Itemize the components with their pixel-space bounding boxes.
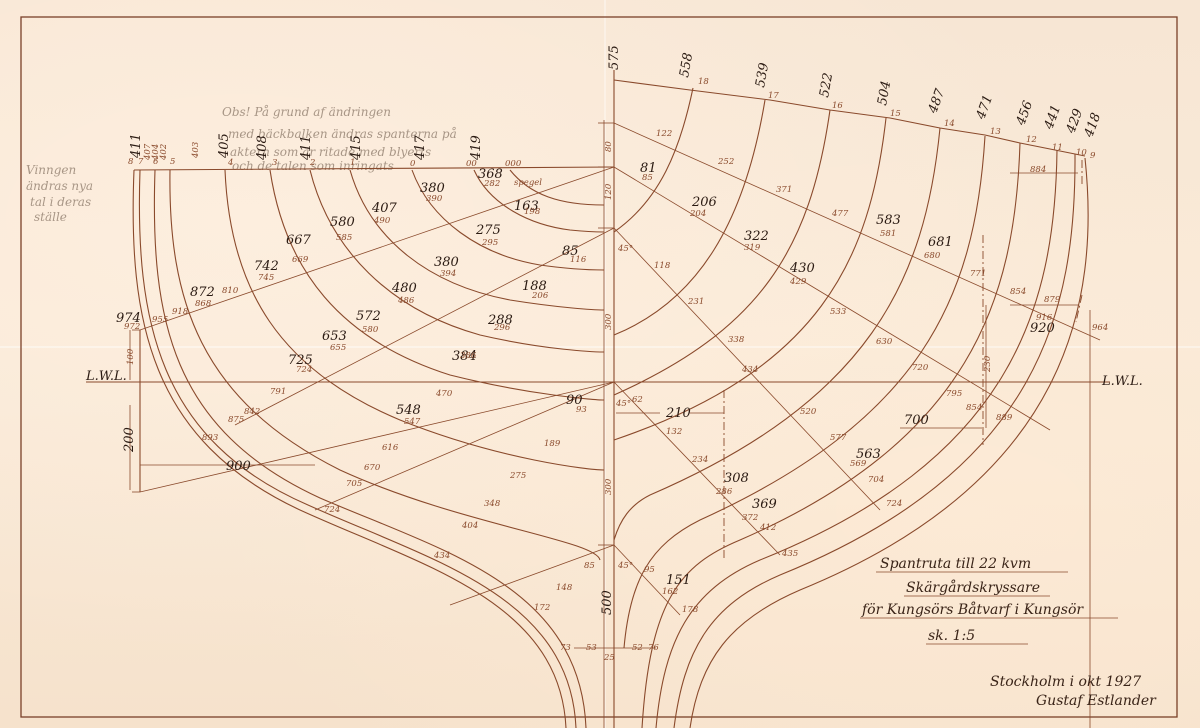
fore-station-labels: 18 17 16 15 14 13 12 11 10 9 558 539 522… xyxy=(677,52,1104,161)
body-plan-drawing: Obs! På grund af ändringen med bäckbalke… xyxy=(0,0,1200,728)
svg-text:791: 791 xyxy=(270,387,286,397)
svg-text:920: 920 xyxy=(1030,321,1055,336)
svg-text:118: 118 xyxy=(654,261,671,271)
svg-text:854: 854 xyxy=(1010,287,1026,297)
svg-text:230: 230 xyxy=(983,355,993,373)
svg-text:435: 435 xyxy=(781,549,798,559)
svg-text:477: 477 xyxy=(831,209,849,219)
svg-text:85: 85 xyxy=(642,173,653,183)
svg-text:742: 742 xyxy=(254,259,279,274)
svg-text:9: 9 xyxy=(1090,151,1096,161)
svg-text:25: 25 xyxy=(603,653,615,663)
svg-text:ändras nya: ändras nya xyxy=(26,179,93,193)
svg-text:132: 132 xyxy=(666,427,682,437)
svg-text:889: 889 xyxy=(996,413,1013,423)
svg-text:80: 80 xyxy=(604,141,614,152)
svg-text:162: 162 xyxy=(662,587,678,597)
svg-text:234: 234 xyxy=(691,455,708,465)
svg-text:419: 419 xyxy=(469,135,484,161)
aft-middle-diagonal-labels: 725 724 653 655 572 580 480 486 380 394 … xyxy=(288,199,541,375)
svg-text:322: 322 xyxy=(744,229,769,244)
svg-text:680: 680 xyxy=(924,251,941,261)
svg-text:52: 52 xyxy=(632,643,643,653)
svg-text:417: 417 xyxy=(413,134,428,161)
svg-text:198: 198 xyxy=(524,207,541,217)
svg-text:45°: 45° xyxy=(615,399,631,409)
svg-text:11: 11 xyxy=(1052,143,1063,153)
svg-text:14: 14 xyxy=(944,119,955,129)
svg-text:486: 486 xyxy=(397,296,415,306)
svg-text:681: 681 xyxy=(928,235,953,250)
svg-text:900: 900 xyxy=(226,459,251,474)
title-line-3-prefix: för Kungsörs Båtvarf i Kungsör xyxy=(861,601,1084,618)
svg-text:372: 372 xyxy=(742,513,758,523)
svg-text:669: 669 xyxy=(292,255,309,265)
svg-text:653: 653 xyxy=(322,329,347,344)
svg-text:231: 231 xyxy=(687,297,704,307)
svg-text:504: 504 xyxy=(875,80,894,107)
svg-text:408: 408 xyxy=(255,135,270,161)
svg-text:178: 178 xyxy=(682,605,699,615)
fore-middle-diagonal-labels: 81 85 206 204 322 319 430 429 533 630 72… xyxy=(640,161,1013,423)
fore-diagonals xyxy=(614,123,1100,615)
svg-text:12: 12 xyxy=(1026,135,1037,145)
svg-text:172: 172 xyxy=(534,603,550,613)
svg-text:252: 252 xyxy=(717,157,734,167)
svg-text:380: 380 xyxy=(434,255,459,270)
svg-text:572: 572 xyxy=(356,309,381,324)
svg-text:430: 430 xyxy=(789,261,815,276)
svg-text:371: 371 xyxy=(776,185,792,195)
svg-text:3: 3 xyxy=(272,158,277,168)
svg-text:tal i deras: tal i deras xyxy=(30,195,91,209)
aft-diagonals xyxy=(140,167,614,605)
svg-text:13: 13 xyxy=(990,127,1001,137)
svg-text:319: 319 xyxy=(744,243,761,253)
svg-text:955: 955 xyxy=(152,315,168,325)
svg-text:616: 616 xyxy=(382,443,399,453)
svg-text:879: 879 xyxy=(1044,295,1061,305)
svg-text:580: 580 xyxy=(330,215,355,230)
svg-text:854: 854 xyxy=(966,403,982,413)
svg-text:95: 95 xyxy=(644,565,655,575)
svg-text:875: 875 xyxy=(228,415,244,425)
svg-text:585: 585 xyxy=(336,233,352,243)
svg-text:204: 204 xyxy=(689,209,706,219)
svg-text:520: 520 xyxy=(800,407,817,417)
svg-text:L.W.L.: L.W.L. xyxy=(85,369,127,384)
svg-text:295: 295 xyxy=(481,238,498,248)
svg-text:558: 558 xyxy=(677,52,696,79)
svg-text:872: 872 xyxy=(190,285,215,300)
svg-text:338: 338 xyxy=(728,335,745,345)
left-dimensions: 100 200 900 xyxy=(122,330,315,492)
svg-text:300: 300 xyxy=(604,478,614,495)
svg-text:18: 18 xyxy=(698,77,709,87)
svg-text:964: 964 xyxy=(1092,323,1108,333)
svg-text:810: 810 xyxy=(222,286,239,296)
svg-text:189: 189 xyxy=(544,439,561,449)
svg-text:704: 704 xyxy=(868,475,884,485)
fore-keel-diagonal-labels: 151 95 162 178 52 76 xyxy=(632,565,699,653)
scale-label: sk. 1:5 xyxy=(928,628,975,644)
centerline: 575 80 120 300 300 500 45° 45° 45° spege… xyxy=(514,45,633,728)
aft-bilge-diagonal-labels: 893 875 842 791 548 547 470 90 93 xyxy=(202,387,587,443)
svg-text:667: 667 xyxy=(286,233,312,248)
svg-text:724: 724 xyxy=(324,505,340,515)
svg-text:206: 206 xyxy=(531,291,549,301)
svg-text:275: 275 xyxy=(509,471,526,481)
svg-text:16: 16 xyxy=(832,101,843,111)
title-line-1: Spantruta till 22 kvm xyxy=(880,556,1031,572)
svg-text:116: 116 xyxy=(570,255,587,265)
svg-text:17: 17 xyxy=(768,91,779,101)
svg-text:670: 670 xyxy=(364,463,381,473)
svg-text:100: 100 xyxy=(126,348,136,365)
svg-text:548: 548 xyxy=(396,403,421,418)
svg-text:471: 471 xyxy=(973,93,996,122)
svg-text:10: 10 xyxy=(1076,148,1087,158)
svg-text:85: 85 xyxy=(584,561,595,571)
svg-text:456: 456 xyxy=(1013,99,1036,128)
svg-text:200: 200 xyxy=(122,427,137,453)
svg-text:580: 580 xyxy=(362,325,379,335)
svg-text:918: 918 xyxy=(172,307,189,317)
svg-text:369: 369 xyxy=(752,497,777,512)
svg-text:539: 539 xyxy=(753,62,772,89)
svg-text:724: 724 xyxy=(296,365,312,375)
place-date: Stockholm i okt 1927 xyxy=(990,674,1141,690)
svg-text:795: 795 xyxy=(946,389,962,399)
svg-text:842: 842 xyxy=(244,407,260,417)
svg-text:630: 630 xyxy=(876,337,893,347)
title-line-2: Skärgårdskryssare xyxy=(906,579,1040,596)
svg-text:470: 470 xyxy=(435,389,453,399)
svg-text:522: 522 xyxy=(817,72,836,99)
svg-text:402: 402 xyxy=(159,144,169,161)
svg-text:296: 296 xyxy=(493,323,511,333)
svg-text:206: 206 xyxy=(691,195,717,210)
svg-text:581: 581 xyxy=(880,229,896,239)
svg-text:569: 569 xyxy=(850,459,867,469)
svg-text:411: 411 xyxy=(129,133,144,159)
svg-text:487: 487 xyxy=(925,86,948,116)
svg-text:490: 490 xyxy=(373,216,391,226)
svg-text:Obs! På grund af ändringen: Obs! På grund af ändringen xyxy=(222,104,391,119)
svg-text:655: 655 xyxy=(330,343,346,353)
svg-text:405: 405 xyxy=(217,133,232,159)
svg-text:583: 583 xyxy=(876,213,901,228)
svg-text:434: 434 xyxy=(741,365,758,375)
signature: Gustaf Estlander xyxy=(1036,693,1157,709)
svg-text:275: 275 xyxy=(475,223,501,238)
svg-text:151: 151 xyxy=(666,573,691,588)
svg-text:148: 148 xyxy=(556,583,573,593)
svg-text:884: 884 xyxy=(1030,165,1046,175)
svg-text:429: 429 xyxy=(789,277,807,287)
svg-text:404: 404 xyxy=(461,521,478,531)
svg-text:4: 4 xyxy=(227,158,233,168)
svg-text:308: 308 xyxy=(724,471,749,486)
svg-text:771: 771 xyxy=(970,269,986,279)
svg-text:122: 122 xyxy=(656,129,672,139)
svg-text:972: 972 xyxy=(124,322,140,332)
aft-lower-diagonal-labels: 384 386 288 296 188 206 85 116 xyxy=(452,244,587,364)
aft-station-curves xyxy=(133,170,604,728)
svg-text:720: 720 xyxy=(912,363,929,373)
svg-text:533: 533 xyxy=(830,307,846,317)
svg-text:L.W.L.: L.W.L. xyxy=(1101,374,1143,389)
svg-text:700: 700 xyxy=(904,413,929,428)
svg-text:480: 480 xyxy=(391,281,417,296)
svg-text:120: 120 xyxy=(604,183,614,200)
svg-text:412: 412 xyxy=(759,523,776,533)
svg-text:76: 76 xyxy=(648,643,659,653)
svg-text:394: 394 xyxy=(440,269,456,279)
svg-text:705: 705 xyxy=(346,479,362,489)
svg-text:411: 411 xyxy=(299,135,314,161)
svg-text:500: 500 xyxy=(600,590,615,615)
svg-text:407: 407 xyxy=(371,201,398,216)
svg-text:724: 724 xyxy=(886,499,902,509)
svg-text:5: 5 xyxy=(170,157,175,167)
svg-text:893: 893 xyxy=(202,433,218,443)
title-block: Spantruta till 22 kvm Skärgårdskryssare … xyxy=(860,556,1157,709)
svg-text:73: 73 xyxy=(560,643,571,653)
svg-text:348: 348 xyxy=(484,499,501,509)
svg-text:434: 434 xyxy=(433,551,450,561)
svg-text:575: 575 xyxy=(607,45,622,70)
svg-text:415: 415 xyxy=(349,135,364,161)
svg-text:210: 210 xyxy=(665,406,691,421)
drawing-sheet: Obs! På grund af ändringen med bäckbalke… xyxy=(0,0,1200,728)
svg-text:Vinngen: Vinngen xyxy=(26,163,76,177)
svg-text:282: 282 xyxy=(483,179,500,189)
svg-text:441: 441 xyxy=(1041,103,1064,132)
svg-text:403: 403 xyxy=(191,142,201,159)
left-pencil-note: Vinngen ändras nya tal i deras ställe xyxy=(26,163,93,224)
svg-text:000: 000 xyxy=(505,159,522,169)
svg-text:868: 868 xyxy=(195,299,212,309)
svg-text:577: 577 xyxy=(830,433,847,443)
svg-text:390: 390 xyxy=(426,194,443,204)
svg-text:93: 93 xyxy=(576,405,587,415)
svg-text:ställe: ställe xyxy=(34,210,67,224)
svg-text:62: 62 xyxy=(632,395,643,405)
svg-text:15: 15 xyxy=(890,109,901,119)
aft-keel-diagonal-labels: 724 705 670 616 404 348 275 189 434 172 … xyxy=(324,439,615,663)
svg-text:547: 547 xyxy=(404,417,421,427)
svg-text:386: 386 xyxy=(460,351,477,361)
svg-text:300: 300 xyxy=(604,313,614,330)
svg-text:745: 745 xyxy=(258,273,274,283)
